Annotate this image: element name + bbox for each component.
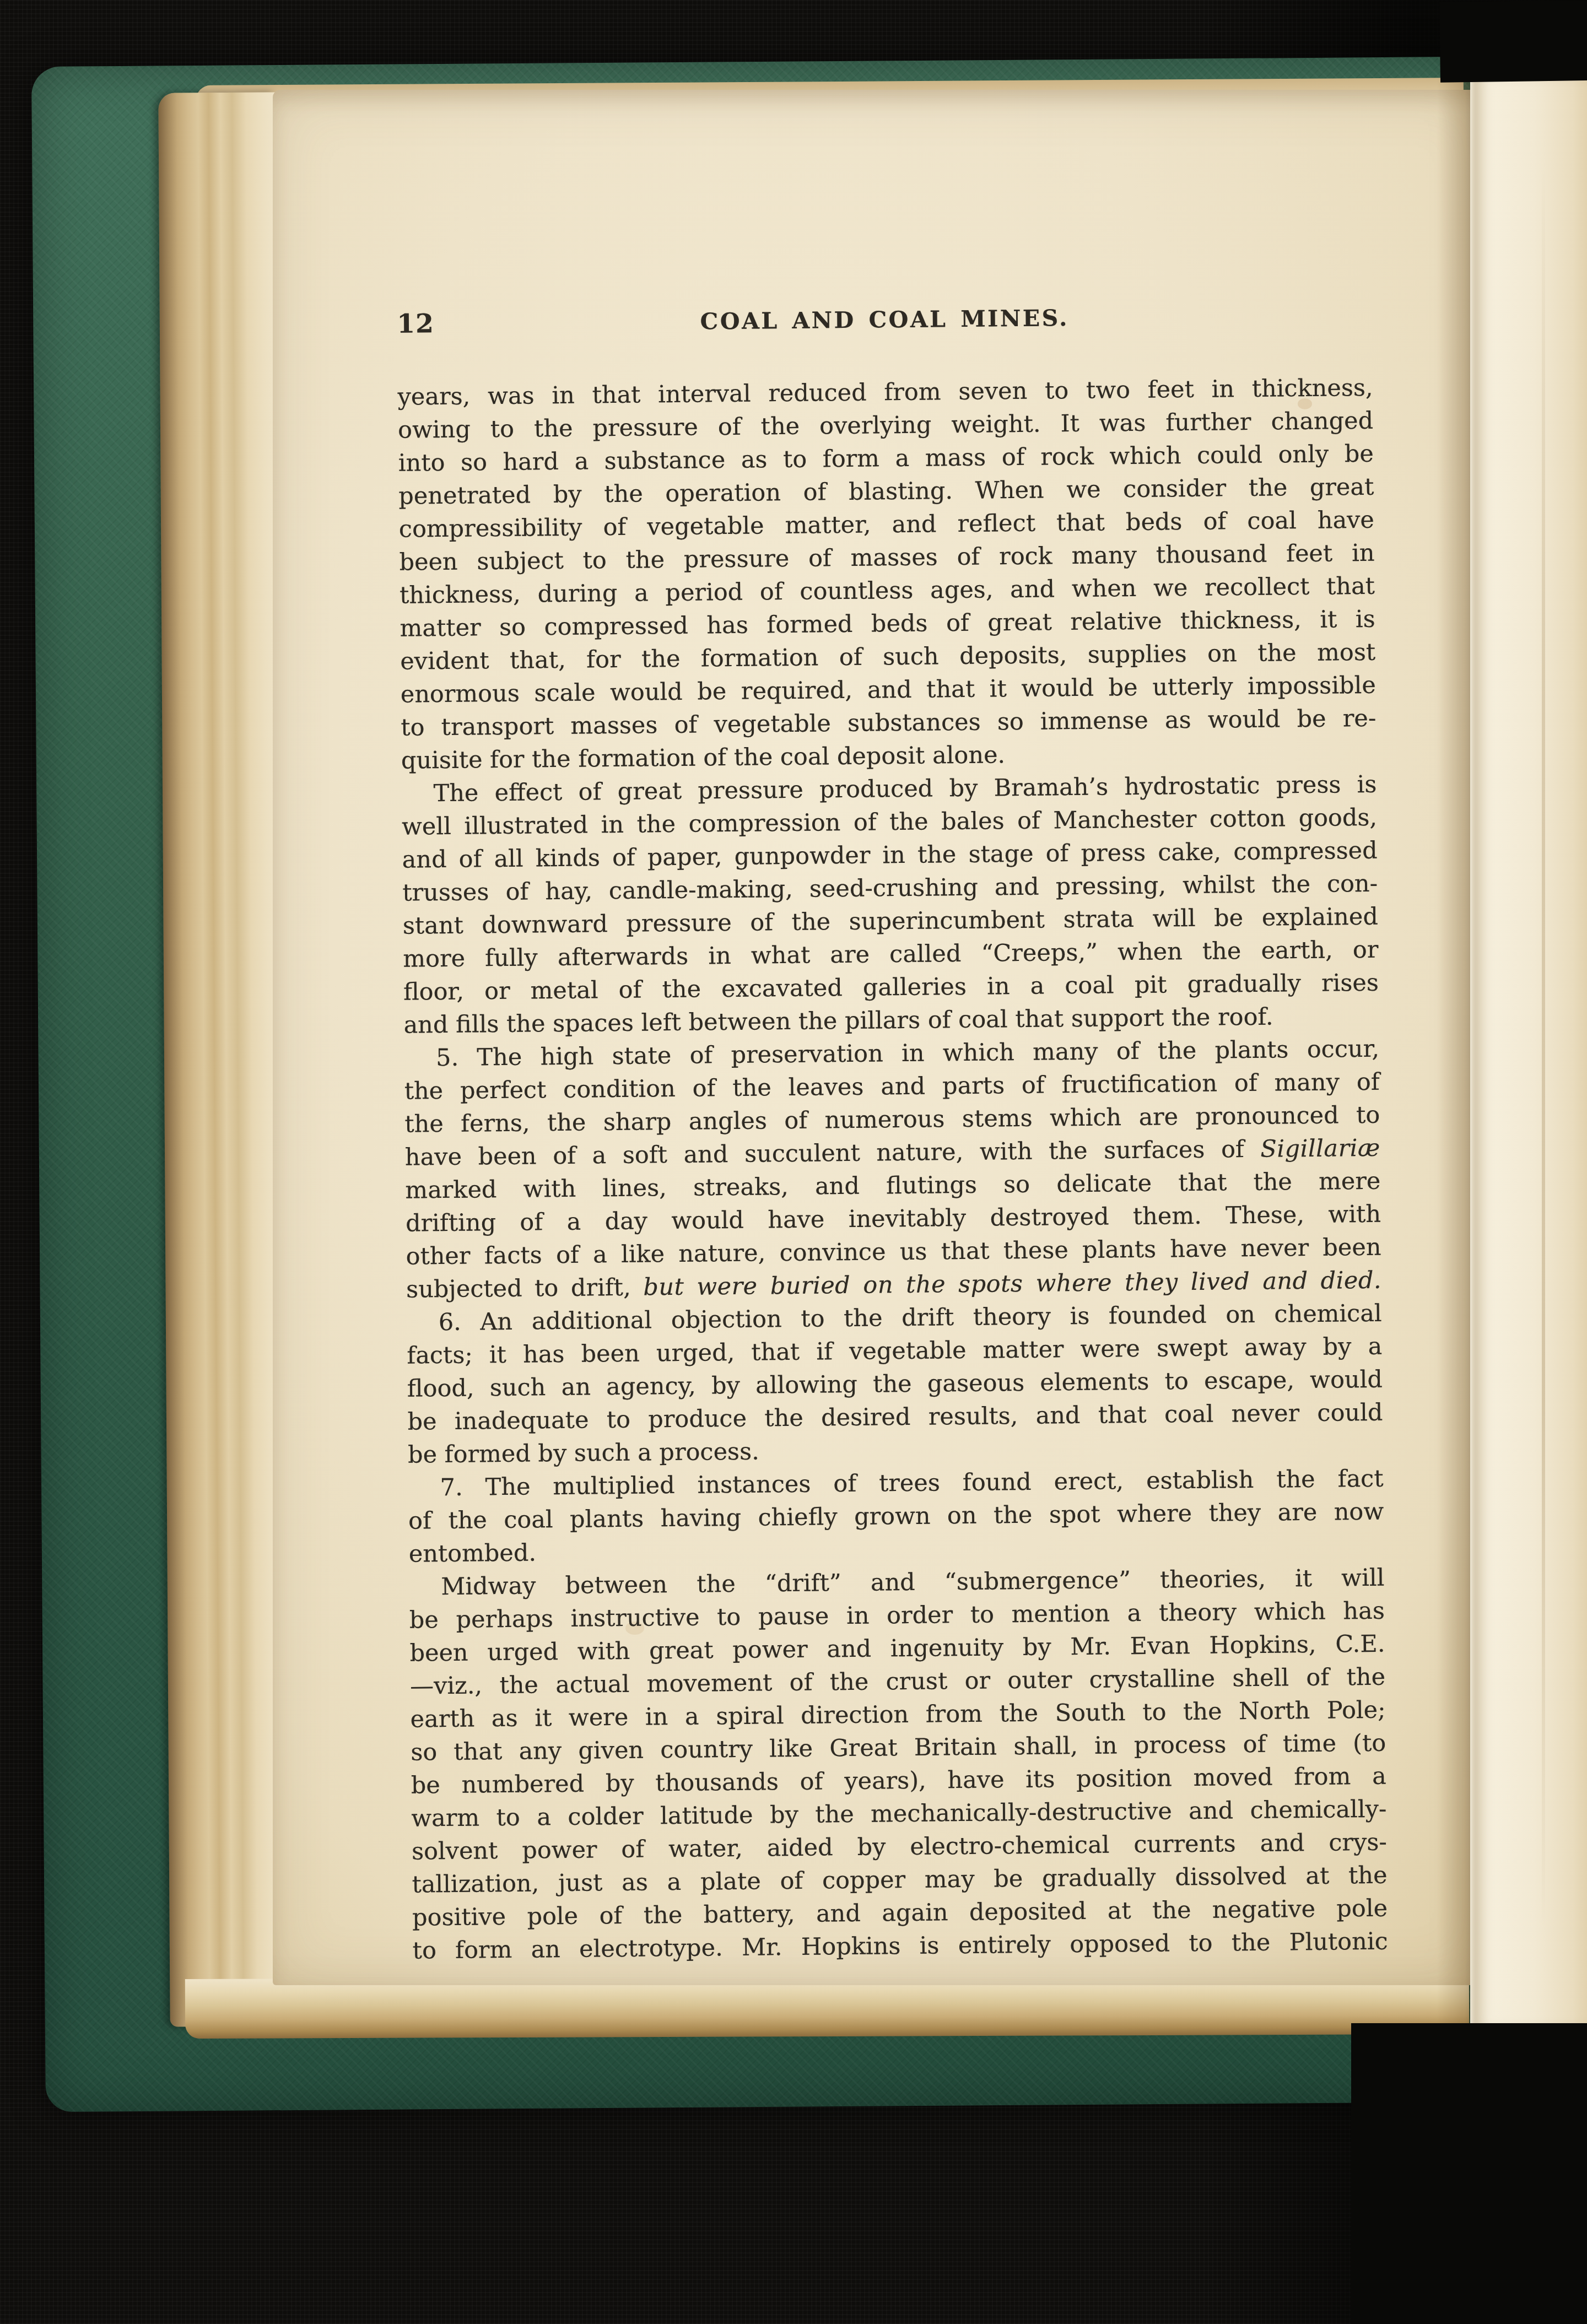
backdrop-bottom bbox=[0, 2115, 1587, 2324]
facing-page-edge bbox=[1470, 76, 1587, 2028]
page-text: years, was in that interval reduced from… bbox=[397, 371, 1388, 1968]
paragraph: 6. An additional objection to the drift … bbox=[406, 1297, 1383, 1472]
page-header: 12 COAL AND COAL MINES. bbox=[397, 300, 1373, 348]
printed-text-block: 12 COAL AND COAL MINES. years, was in th… bbox=[255, 79, 1491, 1986]
paragraph: Midway between the “drift” and “submerge… bbox=[409, 1561, 1388, 1968]
paragraph: The effect of great pressure produced by… bbox=[401, 768, 1379, 1042]
paragraph: 5. The high state of preservation in whi… bbox=[404, 1033, 1382, 1306]
running-title: COAL AND COAL MINES. bbox=[397, 302, 1372, 338]
backdrop-corner-top-right bbox=[1439, 0, 1587, 83]
facing-page-crease bbox=[1542, 165, 1545, 1928]
book-page: 12 COAL AND COAL MINES. years, was in th… bbox=[273, 90, 1491, 1985]
paragraph: years, was in that interval reduced from… bbox=[397, 371, 1377, 777]
paragraph: 7. The multiplied instances of trees fou… bbox=[408, 1462, 1384, 1571]
book-photo: 12 COAL AND COAL MINES. years, was in th… bbox=[0, 0, 1587, 2324]
